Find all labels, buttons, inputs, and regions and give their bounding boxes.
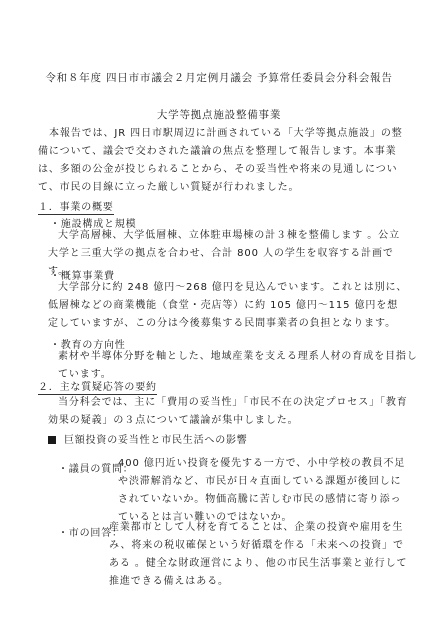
document-page: 令和８年度 四日市市議会２月定例月議会 予算常任委員会分科会報告 大学等拠点施設… [0,0,438,626]
answer-text: 産業都市として人材を育てることは、企業の投資や雇用を生み、将来の税収確保という好… [109,519,409,591]
square-bullet-icon [48,436,56,444]
item-cost-text: 大学部分に約 248 億円～268 億円を見込んでいます。これとは別に、低層棟な… [48,279,408,333]
header-title: 令和８年度 四日市市議会２月定例月議会 予算常任委員会分科会報告 [0,70,438,85]
subject-title: 大学等拠点施設整備事業 [0,107,438,122]
section1-heading: １．事業の概要 [38,198,114,215]
question-text: 400 億円近い投資を優先する一方で、小中学校の教員不足や渋滞解消など、市民が日… [118,455,408,527]
topic-title: 巨額投資の妥当性と市民生活への影響 [64,435,248,446]
intro-paragraph: 本報告では、JR 四日市駅周辺に計画されている「大学等拠点施設」の整備について、… [38,125,406,197]
topic-heading: 巨額投資の妥当性と市民生活への影響 [48,431,248,446]
section2-intro: 当分科会では、主に「費用の妥当性」「市民不在の決定プロセス」「教育効果の疑義」の… [48,394,408,430]
section2-heading: ２．主な質疑応答の要約 [38,378,157,395]
